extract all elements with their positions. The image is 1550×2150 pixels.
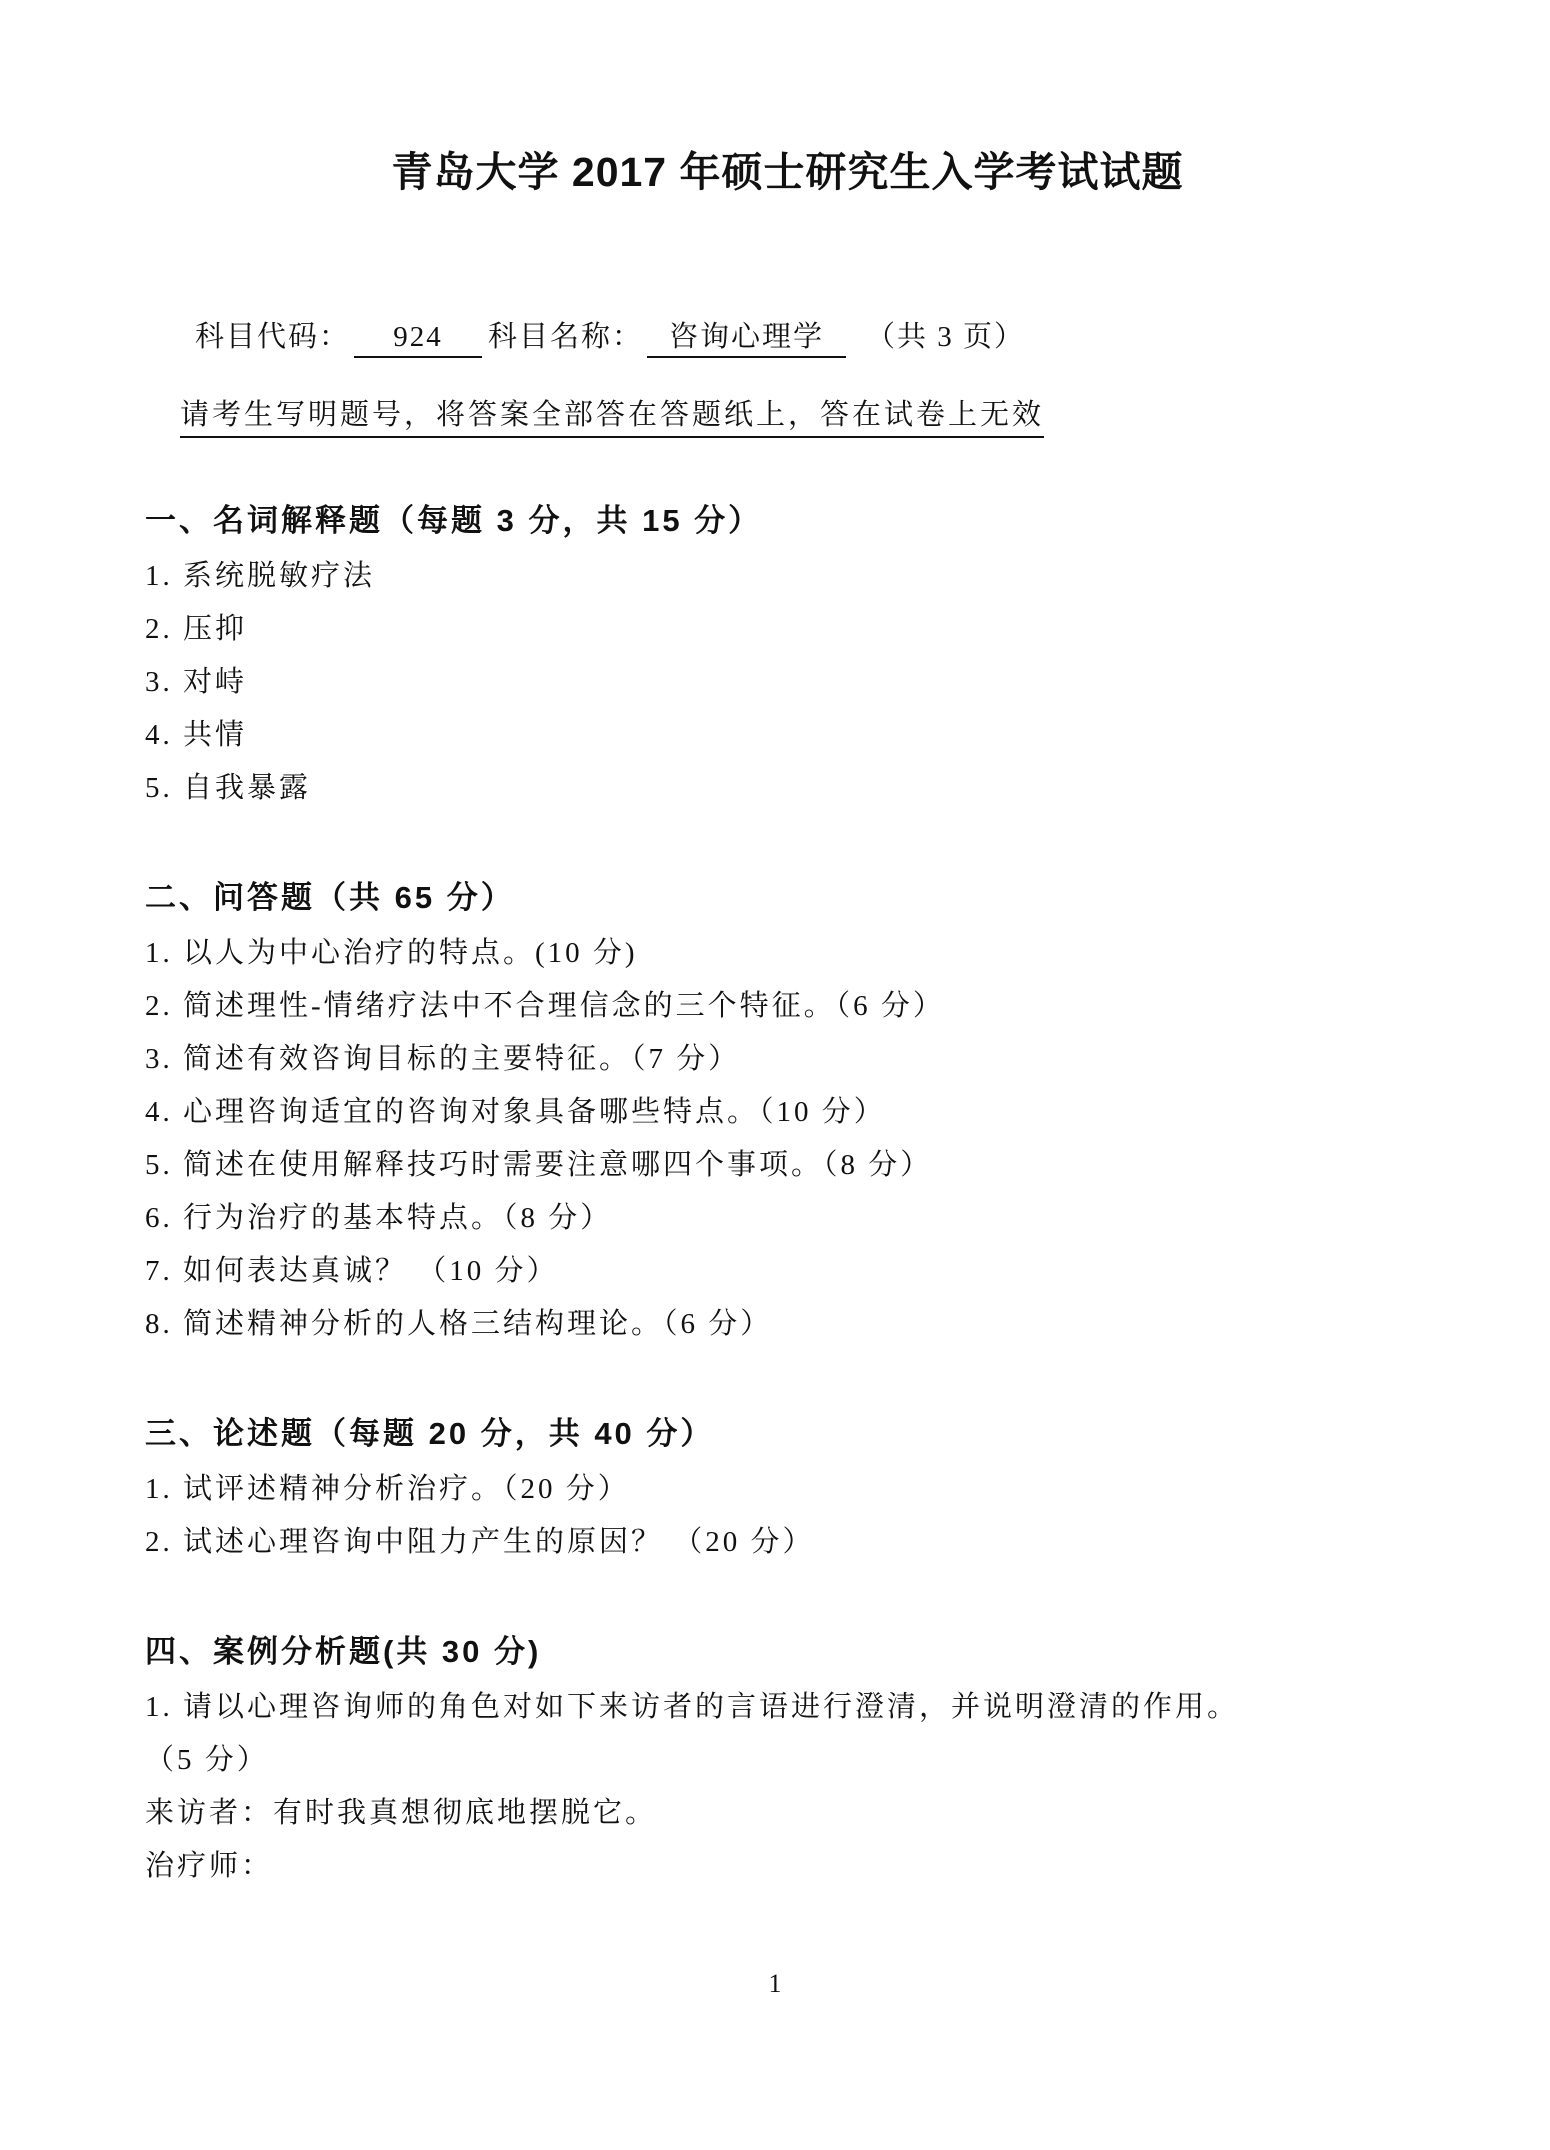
subject-code-value: 924 <box>354 318 482 358</box>
exam-paper-page: 青岛大学 2017 年硕士研究生入学考试试题 科目代码：924科目名称：咨询心理… <box>0 0 1550 2150</box>
question-item: 2. 压抑 <box>145 603 1430 656</box>
section-term-explanation: 一、名词解释题（每题 3 分，共 15 分） 1. 系统脱敏疗法 2. 压抑 3… <box>145 500 1430 815</box>
question-item: 4. 心理咨询适宜的咨询对象具备哪些特点。（10 分） <box>145 1086 1430 1139</box>
question-item: 8. 简述精神分析的人格三结构理论。（6 分） <box>145 1298 1430 1351</box>
question-item: 来访者：有时我真想彻底地摆脱它。 <box>145 1787 1430 1840</box>
instruction-text: 请考生写明题号，将答案全部答在答题纸上，答在试卷上无效 <box>180 396 1044 438</box>
question-item: 2. 简述理性-情绪疗法中不合理信念的三个特征。（6 分） <box>145 980 1430 1033</box>
question-item: 1. 请以心理咨询师的角色对如下来访者的言语进行澄清，并说明澄清的作用。 <box>145 1681 1430 1734</box>
question-item: 1. 试评述精神分析治疗。（20 分） <box>145 1463 1430 1516</box>
question-item: 治疗师： <box>145 1840 1430 1893</box>
section-4-heading: 四、案例分析题(共 30 分) <box>145 1631 1430 1673</box>
section-case-analysis: 四、案例分析题(共 30 分) 1. 请以心理咨询师的角色对如下来访者的言语进行… <box>145 1631 1430 1893</box>
section-short-answer: 二、问答题（共 65 分） 1. 以人为中心治疗的特点。(10 分) 2. 简述… <box>145 877 1430 1351</box>
section-essay: 三、论述题（每题 20 分，共 40 分） 1. 试评述精神分析治疗。（20 分… <box>145 1413 1430 1569</box>
question-item: 3. 对峙 <box>145 656 1430 709</box>
section-1-heading: 一、名词解释题（每题 3 分，共 15 分） <box>145 500 1430 542</box>
subject-code-label: 科目代码： <box>195 321 350 353</box>
section-3-heading: 三、论述题（每题 20 分，共 40 分） <box>145 1413 1430 1455</box>
question-item: 2. 试述心理咨询中阻力产生的原因？ （20 分） <box>145 1516 1430 1569</box>
question-item: 3. 简述有效咨询目标的主要特征。（7 分） <box>145 1033 1430 1086</box>
question-item: 5. 简述在使用解释技巧时需要注意哪四个事项。（8 分） <box>145 1139 1430 1192</box>
section-2-heading: 二、问答题（共 65 分） <box>145 877 1430 919</box>
question-item: 6. 行为治疗的基本特点。（8 分） <box>145 1192 1430 1245</box>
question-item: 7. 如何表达真诚？ （10 分） <box>145 1245 1430 1298</box>
question-item: 5. 自我暴露 <box>145 762 1430 815</box>
question-item: 4. 共情 <box>145 709 1430 762</box>
question-item: 1. 以人为中心治疗的特点。(10 分) <box>145 927 1430 980</box>
page-title: 青岛大学 2017 年硕士研究生入学考试试题 <box>145 0 1430 198</box>
instruction-line: 请考生写明题号，将答案全部答在答题纸上，答在试卷上无效 <box>180 396 1430 438</box>
question-item: （5 分） <box>145 1734 1430 1787</box>
subject-name-label: 科目名称： <box>488 321 643 353</box>
subject-name-value: 咨询心理学 <box>647 318 846 358</box>
exam-content: 青岛大学 2017 年硕士研究生入学考试试题 科目代码：924科目名称：咨询心理… <box>0 0 1550 1893</box>
question-item: 1. 系统脱敏疗法 <box>145 550 1430 603</box>
subject-meta-line: 科目代码：924科目名称：咨询心理学（共 3 页） <box>195 318 1430 358</box>
total-pages-note: （共 3 页） <box>866 321 1025 353</box>
page-number: 1 <box>0 1968 1550 2000</box>
